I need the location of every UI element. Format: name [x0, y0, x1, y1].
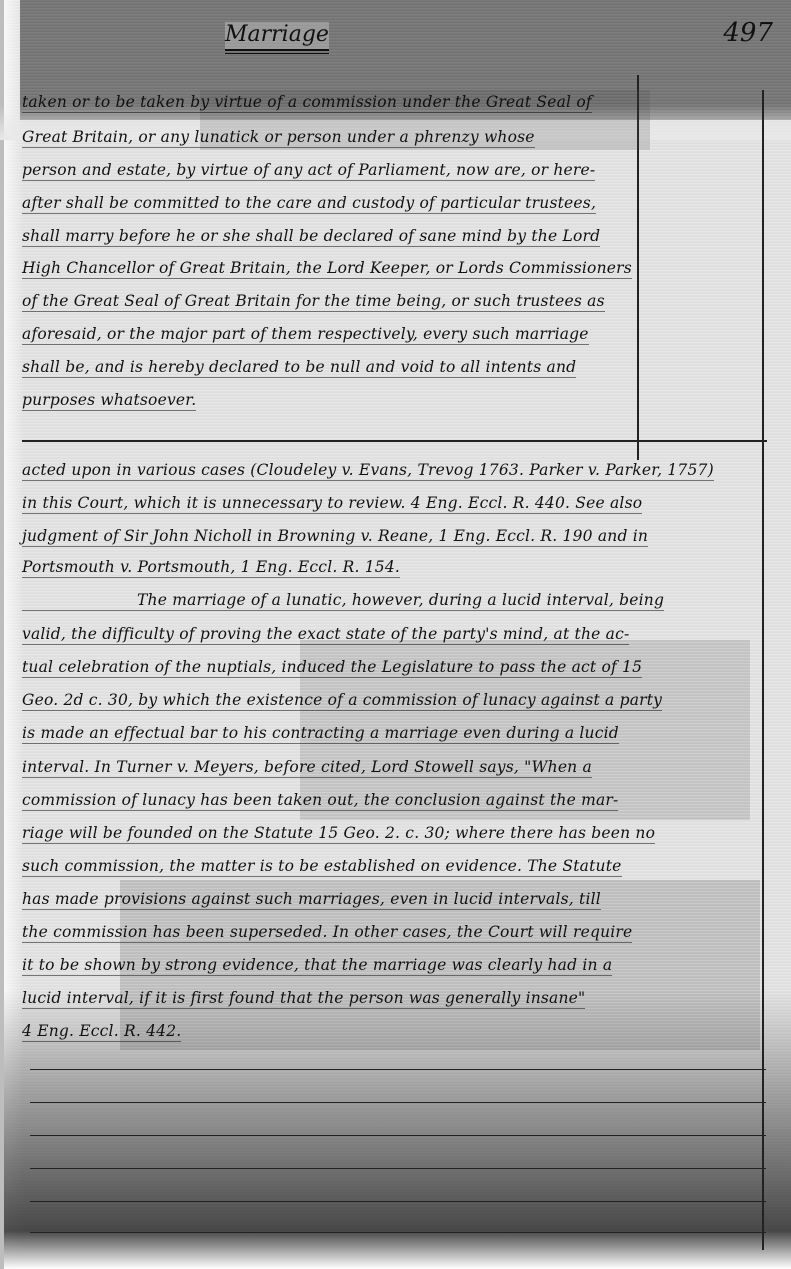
text-line: Great Britain, or any lunatick or person…	[22, 127, 535, 148]
text-line: person and estate, by virtue of any act …	[22, 160, 595, 181]
section-divider	[22, 440, 767, 442]
text-line: The marriage of a lunatic, however, duri…	[22, 590, 664, 611]
margin-rule-outer	[762, 90, 764, 1250]
text-line: is made an effectual bar to his contract…	[22, 723, 619, 744]
text-line: commission of lunacy has been taken out,…	[22, 790, 618, 811]
text-line: acted upon in various cases (Cloudeley v…	[22, 460, 714, 481]
ruled-line	[30, 1102, 766, 1103]
page-number: 497	[723, 18, 773, 48]
scan-left-border	[0, 0, 4, 1269]
text-line: lucid interval, if it is first found tha…	[22, 988, 585, 1009]
text-line: High Chancellor of Great Britain, the Lo…	[22, 258, 632, 279]
ruled-line	[30, 1168, 766, 1169]
ruled-line	[30, 1069, 766, 1070]
text-line: in this Court, which it is unnecessary t…	[22, 493, 642, 514]
ruled-line	[30, 1201, 766, 1202]
text-line: the commission has been superseded. In o…	[22, 922, 632, 943]
text-line: has made provisions against such marriag…	[22, 889, 601, 910]
text-line: it to be shown by strong evidence, that …	[22, 955, 612, 976]
text-line: purposes whatsoever.	[22, 390, 196, 411]
margin-rule-inner	[637, 75, 639, 460]
text-line: Geo. 2d c. 30, by which the existence of…	[22, 690, 662, 711]
text-line: shall be, and is hereby declared to be n…	[22, 357, 576, 378]
text-line: shall marry before he or she shall be de…	[22, 226, 600, 247]
text-line: 4 Eng. Eccl. R. 442.	[22, 1021, 181, 1042]
text-line: valid, the difficulty of proving the exa…	[22, 624, 629, 645]
ruled-line	[30, 1135, 766, 1136]
text-line: after shall be committed to the care and…	[22, 193, 596, 214]
text-line: of the Great Seal of Great Britain for t…	[22, 291, 605, 312]
page-heading: Marriage	[225, 22, 329, 51]
text-line: such commission, the matter is to be est…	[22, 856, 622, 877]
ruled-line	[30, 1232, 766, 1233]
text-line: interval. In Turner v. Meyers, before ci…	[22, 757, 592, 778]
text-line: aforesaid, or the major part of them res…	[22, 324, 589, 345]
text-line: Portsmouth v. Portsmouth, 1 Eng. Eccl. R…	[22, 557, 400, 578]
text-line: taken or to be taken by virtue of a comm…	[22, 92, 592, 113]
manuscript-page: Marriage 497 taken or to be taken by vir…	[0, 0, 791, 1269]
text-line: tual celebration of the nuptials, induce…	[22, 657, 642, 678]
top-scan-stain-fade	[0, 0, 791, 140]
text-line: riage will be founded on the Statute 15 …	[22, 823, 655, 844]
text-line: judgment of Sir John Nicholl in Browning…	[22, 526, 648, 547]
